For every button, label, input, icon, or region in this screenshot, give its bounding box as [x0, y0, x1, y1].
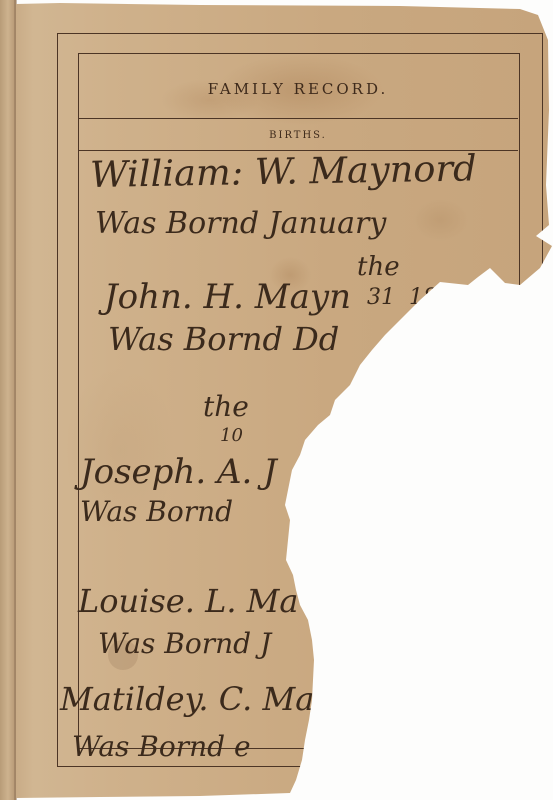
entry-birth-text: Was Bornd	[80, 495, 233, 528]
torn-page: FAMILY RECORD. BIRTHS. William: W. Mayno…	[0, 0, 553, 800]
entry-date-day: 10	[220, 425, 243, 446]
ink-smudge	[108, 640, 138, 670]
heading-rule	[78, 118, 518, 119]
entry-name: Matildey. C. Ma	[60, 680, 314, 718]
entry-name: William: W. Maynord	[90, 148, 477, 196]
scanned-document: FAMILY RECORD. BIRTHS. William: W. Mayno…	[0, 0, 553, 800]
entry-name: Louise. L. Ma	[78, 582, 299, 620]
section-title: BIRTHS.	[78, 130, 518, 141]
entry-birth-text: Was Bornd January	[95, 206, 386, 241]
page-title: FAMILY RECORD.	[78, 80, 518, 98]
entry-date-label: the	[357, 252, 400, 282]
entry-birth-text: Was Bornd Dd	[108, 320, 339, 358]
entry-date-day: 31 18	[367, 285, 437, 310]
entry-name: John. H. Mayn	[104, 277, 351, 317]
entry-date-label: the	[203, 390, 249, 423]
entry-birth-text: Was Bornd e	[72, 730, 251, 763]
entry-name: Joseph. A. J	[80, 452, 277, 492]
